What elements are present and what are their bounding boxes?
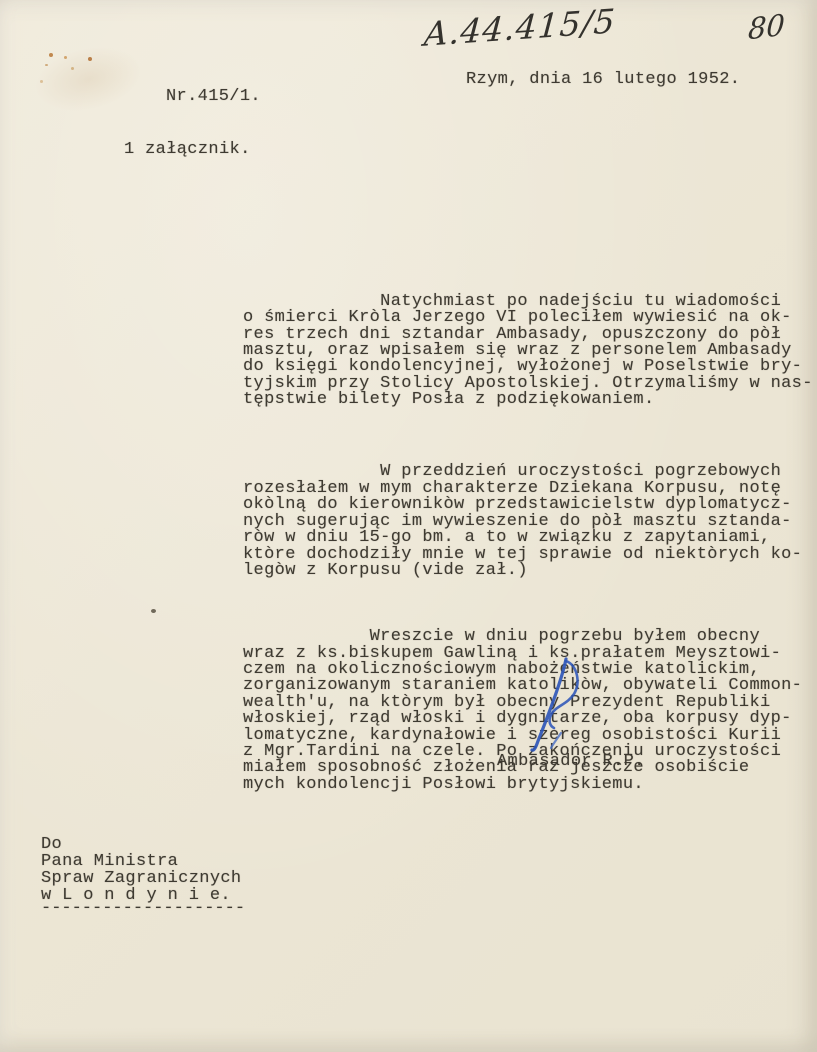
paragraph: Natychmiast po nadejściu tu wiadomości o… [243, 294, 813, 409]
rust-stain [40, 80, 43, 83]
letter-page: A.44.415/5 80 Rzym, dnia 16 lutego 1952.… [0, 0, 817, 1052]
dateline: Rzym, dnia 16 lutego 1952. [466, 72, 740, 88]
rust-stain [49, 53, 53, 57]
ink-speck [151, 609, 156, 613]
handwritten-file-reference: A.44.415/5 [423, 1, 617, 54]
signature-title: Ambasador R.P. [497, 754, 645, 770]
enclosure-note: 1 załącznik. [124, 142, 251, 158]
letter-body: Natychmiast po nadejściu tu wiadomości o… [243, 261, 813, 826]
rust-stain [71, 67, 74, 70]
reference-number: Nr.415/1. [166, 89, 261, 105]
rust-stain [88, 57, 92, 61]
rust-stain [45, 64, 48, 66]
handwritten-page-number: 80 [747, 8, 785, 47]
recipient-underline: -------------------- [41, 901, 245, 917]
paper-smudge [29, 37, 149, 121]
rust-stain [64, 56, 67, 59]
paragraph: W przeddzień uroczystości pogrzebowych r… [243, 464, 813, 579]
recipient-block: Do Pana Ministra Spraw Zagranicznych w L… [41, 836, 241, 904]
